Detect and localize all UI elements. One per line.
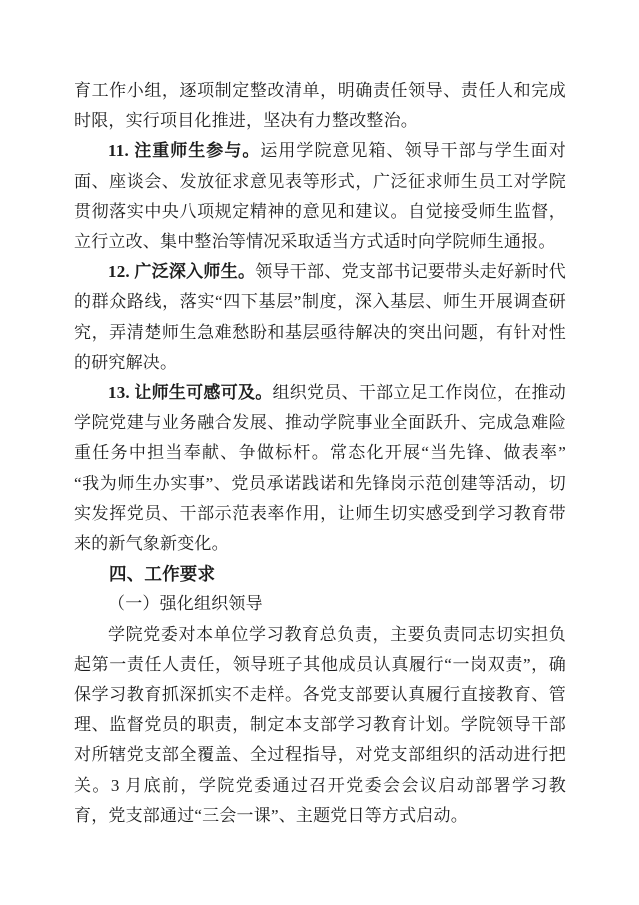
section-heading: 四、工作要求 [74, 559, 566, 589]
item-11-lead: 11. 注重师生参与。 [108, 141, 260, 160]
document-body: 育工作小组，逐项制定整改清单，明确责任领导、责任人和完成时限，实行项目化推进，坚… [74, 76, 566, 831]
paragraph-item-11: 11. 注重师生参与。运用学院意见箱、领导干部与学生面对面、座谈会、发放征求意见… [74, 136, 566, 257]
item-12-lead: 12. 广泛深入师生。 [108, 262, 255, 281]
continuation-paragraph: 育工作小组，逐项制定整改清单，明确责任领导、责任人和完成时限，实行项目化推进，坚… [74, 76, 566, 136]
item-13-text: 组织党员、干部立足工作岗位，在推动学院党建与业务融合发展、推动学院事业全面跃升、… [74, 383, 566, 553]
paragraph-item-13: 13. 让师生可感可及。组织党员、干部立足工作岗位，在推动学院党建与业务融合发展… [74, 378, 566, 559]
document-page: 育工作小组，逐项制定整改清单，明确责任领导、责任人和完成时限，实行项目化推进，坚… [0, 0, 639, 905]
paragraph-item-12: 12. 广泛深入师生。领导干部、党支部书记要带头走好新时代的群众路线，落实“四下… [74, 257, 566, 378]
subsection-heading: （一）强化组织领导 [74, 589, 566, 619]
closing-paragraph: 学院党委对本单位学习教育总负责，主要负责同志切实担负起第一责任人责任，领导班子其… [74, 620, 566, 831]
item-13-lead: 13. 让师生可感可及。 [108, 383, 273, 402]
